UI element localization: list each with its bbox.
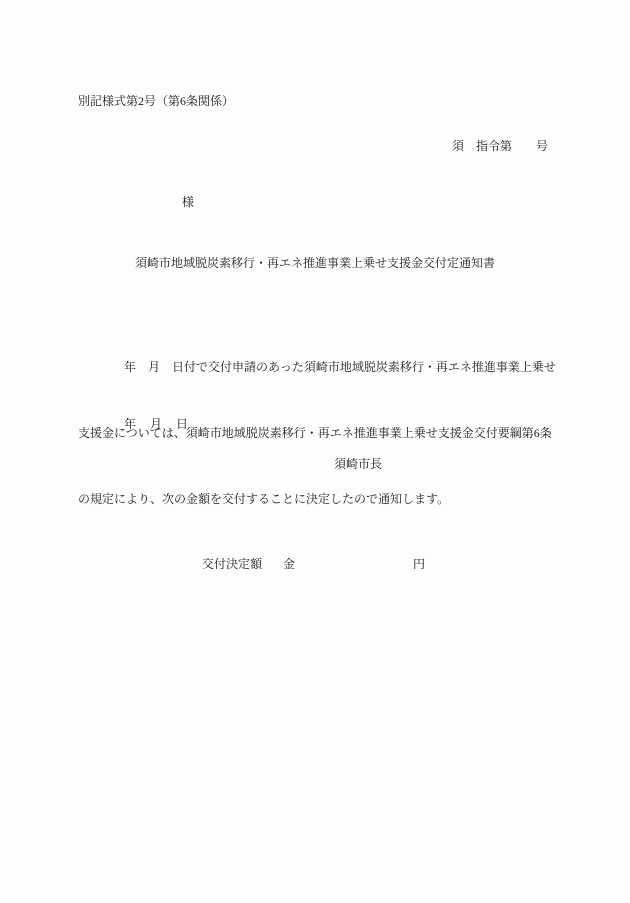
amount-currency-suffix: 円 — [413, 557, 425, 571]
body-line-1: 年 月 日付で交付申請のあった須崎市地域脱炭素移行・再エネ推進事業上乗せ — [78, 356, 560, 378]
document-title: 須崎市地域脱炭素移行・再エネ推進事業上乗せ支援金交付定通知書 — [0, 256, 630, 270]
document-page: 別記様式第2号（第6条関係） 須 指令第 号 様 須崎市地域脱炭素移行・再エネ推… — [0, 0, 630, 903]
directive-number: 須 指令第 号 — [452, 139, 548, 153]
body-line-3: の規定により、次の金額を交付することに決定したので通知します。 — [78, 488, 560, 510]
mayor-signature-line: 須崎市長 — [334, 457, 382, 471]
body-paragraph: 年 月 日付で交付申請のあった須崎市地域脱炭素移行・再エネ推進事業上乗せ 支援金… — [78, 312, 560, 554]
addressee-honorific: 様 — [182, 195, 194, 209]
amount-currency-prefix: 金 — [283, 557, 295, 571]
issue-date-line: 年 月 日 — [124, 417, 189, 431]
form-number-label: 別記様式第2号（第6条関係） — [78, 94, 234, 108]
amount-label: 交付決定額 — [202, 557, 262, 571]
grant-amount-row: 交付決定額 金 円 — [0, 557, 630, 573]
